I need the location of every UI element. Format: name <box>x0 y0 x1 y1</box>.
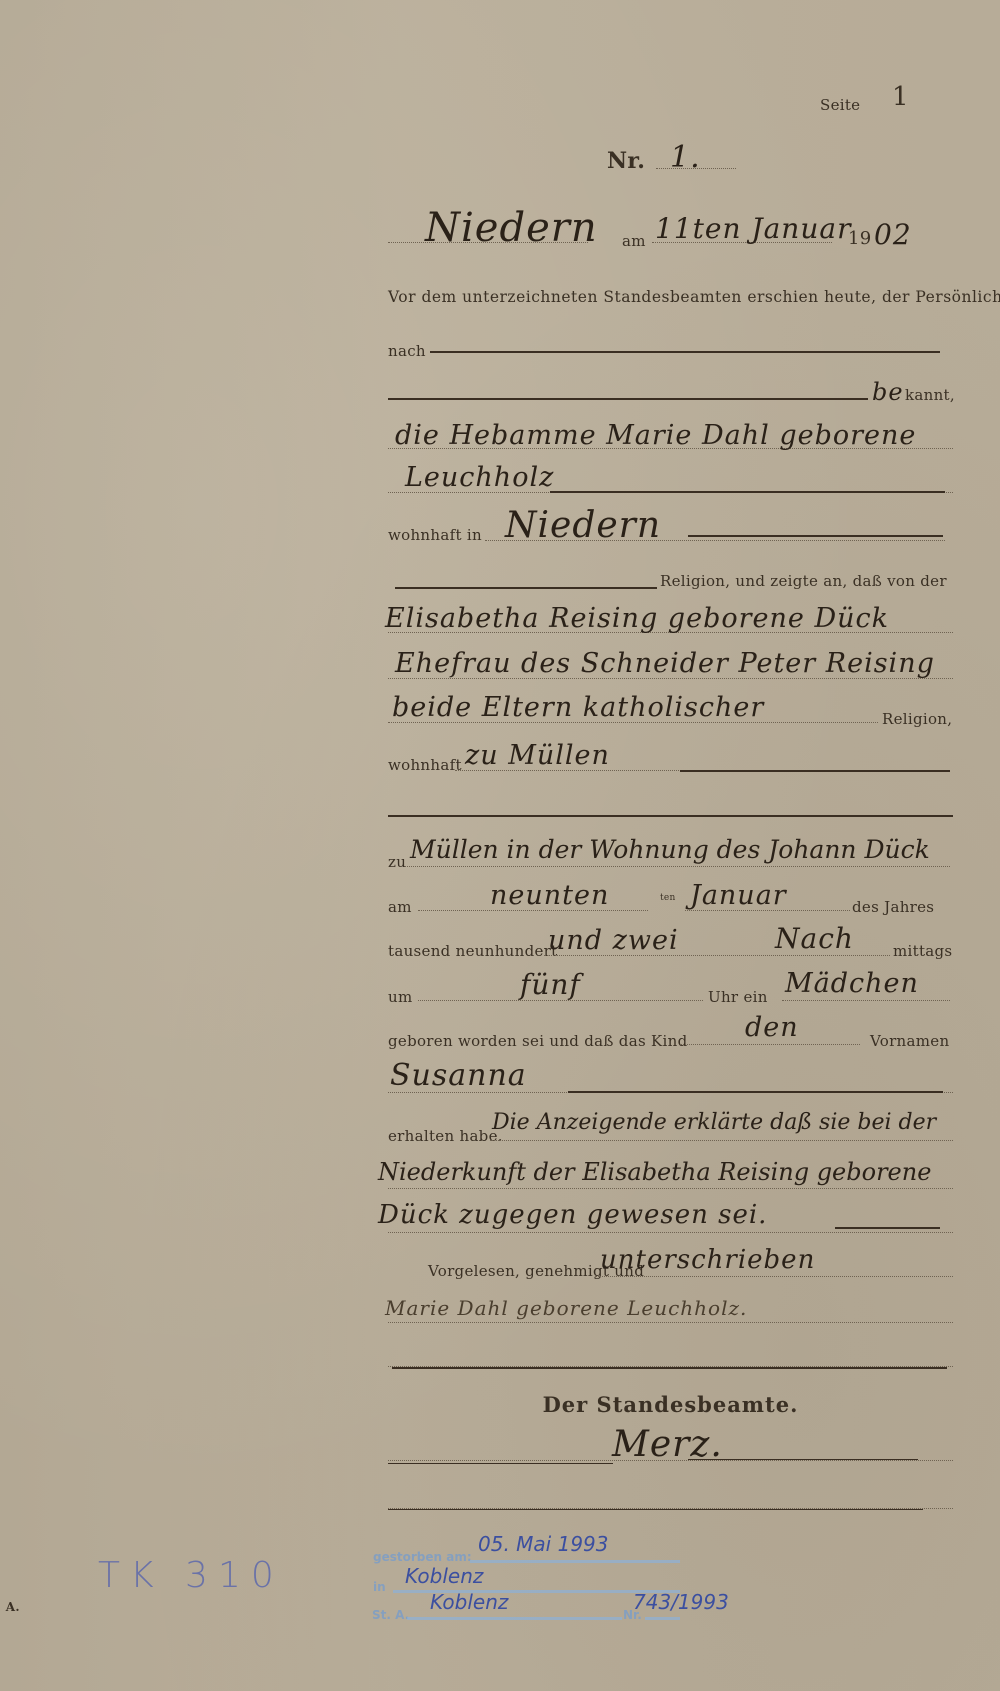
informant-residence: Niedern <box>505 505 661 546</box>
page-number: 1 <box>892 82 909 112</box>
remark-dots-3 <box>388 1232 953 1233</box>
unterschrieben: unterschrieben <box>600 1245 815 1275</box>
mother-residence-rule <box>680 770 950 772</box>
given-name-rule <box>568 1091 943 1093</box>
entry-number-label: Nr. <box>607 148 645 174</box>
birth-des-jahres-label: des Jahres <box>852 898 934 916</box>
margin-print-fragment: St. A. <box>0 1600 20 1614</box>
given-name: Susanna <box>390 1058 527 1093</box>
stamp-in-value: Koblenz <box>405 1564 483 1588</box>
mother-residence: zu Müllen <box>465 740 610 771</box>
informant-rule-2 <box>550 491 945 493</box>
religion-rule <box>395 587 657 589</box>
informant-line-1: die Hebamme Marie Dahl geborene <box>395 420 916 451</box>
mother-wohnhaft-label: wohnhaft <box>388 756 462 774</box>
birth-sex-dots <box>782 1000 950 1001</box>
birth-uhr-ein-label: Uhr ein <box>708 988 768 1006</box>
birth-place-dots <box>405 866 950 867</box>
remark-dots-1 <box>490 1140 953 1141</box>
birth-den: den <box>745 1012 799 1043</box>
nach-label: nach <box>388 342 426 360</box>
registry-date: 11ten Januar <box>655 212 851 245</box>
birth-year-printed: tausend neunhundert <box>388 942 557 960</box>
vorgelesen-dots <box>595 1276 953 1277</box>
am-label: am <box>622 232 646 250</box>
official-signature-rule-left <box>388 1463 613 1464</box>
birth-ten-suffix: ten <box>660 893 676 903</box>
mother-religion-label: Religion, <box>882 710 952 728</box>
birth-am-label: am <box>388 898 412 916</box>
intro-text: Vor dem unterzeichneten Standesbeamten e… <box>388 288 953 306</box>
birth-day: neunten <box>490 880 609 911</box>
remark-rule-3 <box>835 1227 940 1229</box>
religion-clause: Religion, und zeigte an, daß von der <box>660 572 947 590</box>
mother-line-3: beide Eltern katholischer <box>392 692 764 723</box>
informant-signature-dots <box>388 1322 953 1323</box>
erhalten-label: erhalten habe. <box>388 1127 503 1145</box>
informant-residence-rule <box>688 535 943 537</box>
stamp-gestorben-value: 05. Mai 1993 <box>478 1532 609 1556</box>
bottom-rule <box>388 1509 923 1510</box>
stamp-sta-line <box>407 1617 622 1620</box>
stamp-in-label: in <box>373 1580 386 1594</box>
bekannt-handwritten: be <box>872 378 904 406</box>
pencil-archive-note: TK 310 <box>98 1555 284 1596</box>
birth-place-detail: Müllen in der Wohnung des Johann Dück <box>410 835 930 864</box>
bekannt-printed: kannt, <box>905 386 955 404</box>
birth-zu-label: zu <box>388 853 406 871</box>
closing-rule <box>392 1367 947 1369</box>
informant-signature: Marie Dahl geborene Leuchholz. <box>385 1296 747 1320</box>
page-label: Seite <box>820 96 860 114</box>
bekannt-rule <box>388 398 868 400</box>
remark-line-2: Niederkunft der Elisabetha Reising gebor… <box>378 1158 931 1186</box>
stamp-sta-label: St. A. <box>372 1608 409 1622</box>
section-separator <box>388 815 953 817</box>
birth-year-handwritten: und zwei <box>548 925 679 956</box>
birth-month: Januar <box>690 880 787 911</box>
birth-mittags-label: mittags <box>893 942 952 960</box>
geboren-clause: geboren worden sei und daß das Kind <box>388 1032 687 1050</box>
stamp-nr-value: 743/1993 <box>633 1590 729 1614</box>
birth-sex: Mädchen <box>785 968 919 999</box>
informant-wohnhaft-label: wohnhaft in <box>388 526 482 544</box>
birth-hour: fünf <box>520 968 581 1001</box>
stamp-sta-value: Koblenz <box>430 1590 508 1614</box>
remark-dots-2 <box>388 1188 953 1189</box>
mother-line-1: Elisabetha Reising geborene Dück <box>385 603 889 634</box>
remark-line-3: Dück zugegen gewesen sei. <box>378 1200 767 1230</box>
birth-um-label: um <box>388 988 412 1006</box>
birth-time-of-day: Nach <box>775 922 854 955</box>
den-dots <box>680 1044 860 1045</box>
mother-line-2: Ehefrau des Schneider Peter Reising <box>395 648 935 679</box>
registry-place: Niedern <box>425 205 598 251</box>
nach-rule <box>430 351 940 353</box>
remark-line-1: Die Anzeigende erklärte daß sie bei der <box>492 1110 936 1135</box>
entry-number-value: 1. <box>670 140 701 175</box>
year-suffix: 02 <box>874 218 912 251</box>
informant-line-2: Leuchholz <box>405 462 554 493</box>
stamp-nr-line <box>645 1617 680 1620</box>
year-prefix: 19 <box>848 228 872 249</box>
official-signature-rule-right <box>688 1459 918 1460</box>
official-title: Der Standesbeamte. <box>388 1392 953 1417</box>
stamp-gestorben-line <box>470 1560 680 1563</box>
stamp-gestorben-label: gestorben am: <box>373 1550 472 1564</box>
vornamen-label: Vornamen <box>870 1032 949 1050</box>
